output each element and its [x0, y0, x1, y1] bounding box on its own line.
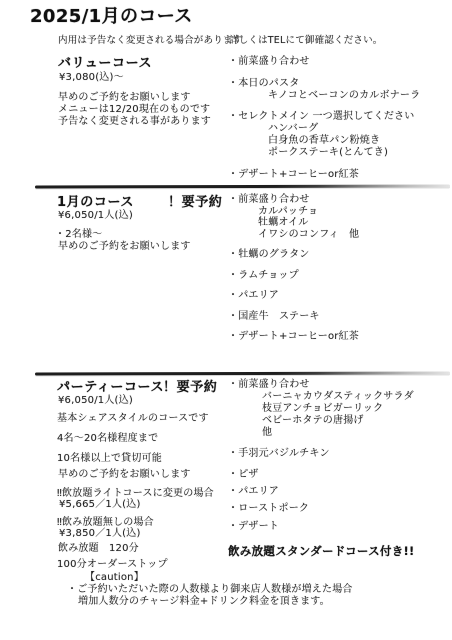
menu-item: ・パエリア: [228, 291, 279, 301]
value-course-note: メニューは12/20現在のものです: [58, 105, 210, 115]
menu-subitem: 牡蠣オイル: [258, 218, 309, 228]
january-course-price: ¥6,050/1人(込): [58, 211, 133, 221]
party-course-price: ¥6,050/1人(込): [58, 396, 133, 406]
drink-option-title: ‼飲放題ライトコースに変更の場合: [57, 489, 214, 499]
menu-item: ・デザート: [228, 522, 279, 532]
reservation-required-badge: ！要予約: [168, 196, 222, 209]
tel-notice-text: 詳しくはTELにて御確認ください。: [229, 36, 383, 46]
party-course-note: 早めのご予約をお願いします: [58, 470, 191, 480]
party-course-note: 4名〜20名様程度まで: [57, 434, 158, 444]
section-divider: [35, 184, 450, 188]
drink-option-title: ‼飲み放題無しの場合: [57, 518, 154, 528]
menu-item: ・手羽元バジルチキン: [228, 449, 330, 459]
drink-time-text: 飲み放題 120分: [58, 544, 139, 554]
january-course-note: ・2名様〜: [55, 230, 102, 240]
menu-item: ・デザート+コーヒーor紅茶: [228, 170, 359, 180]
menu-subitem: ポークステーキ(とんてき): [268, 148, 388, 158]
reservation-required-badge: ！要予約: [163, 381, 217, 394]
drink-option-price: ¥3,850／1人(込): [59, 529, 141, 539]
caution-title: 【caution】: [85, 573, 144, 583]
menu-subitem: ベビーホタテの唐揚げ: [262, 416, 364, 426]
page-title: 2025/1月のコース: [30, 8, 193, 26]
section-divider: [35, 371, 450, 375]
drink-option-price: ¥5,665／1人(込): [59, 500, 141, 510]
january-course-note: 早めのご予約をお願いします: [58, 242, 191, 252]
menu-subitem: キノコとベーコンのカルボナーラ: [268, 91, 420, 101]
menu-item: ・国産牛 ステーキ: [228, 312, 320, 322]
menu-item: ・セレクトメイン 一つ選択してください: [228, 112, 414, 122]
menu-item: ・デザート+コーヒーor紅茶: [228, 332, 359, 342]
january-course-title: 1月のコース: [57, 196, 134, 209]
drink-plan-included-text: 飲み放題スタンダードコース付き!!: [228, 546, 415, 558]
menu-item: ・ラムチョップ: [228, 271, 299, 281]
party-course-title: パーティーコース: [57, 381, 164, 394]
menu-item: ・本日のパスタ: [228, 79, 299, 89]
menu-item: ・パエリア: [228, 487, 279, 497]
menu-item: ・前菜盛り合わせ: [228, 380, 310, 390]
value-course-note: 予告なく変更される事があります: [58, 117, 211, 127]
order-stop-text: 100分オーダーストップ: [57, 560, 168, 570]
menu-item: ・前菜盛り合わせ: [228, 57, 310, 67]
party-course-note: 基本シェアスタイルのコースです: [57, 414, 209, 424]
value-course-price: ¥3,080(込)〜: [59, 73, 124, 83]
menu-item: ・牡蠣のグラタン: [228, 250, 310, 260]
party-course-note: 10名様以上で貸切可能: [57, 454, 162, 464]
caution-line: ・ご予約いただいた際の人数様より御来店人数様が増えた場合: [67, 585, 353, 595]
menu-subitem: 白身魚の香草パン粉焼き: [268, 136, 380, 146]
value-course-note: 早めのご予約をお願いします: [58, 93, 191, 103]
menu-item: ・ピザ: [228, 470, 259, 480]
menu-subitem: カルパッチョ: [258, 207, 318, 217]
change-notice-text: 内用は予告なく変更される場合があります: [58, 36, 242, 46]
value-course-title: バリューコース: [58, 57, 152, 70]
menu-subitem: バーニャカウダスティックサラダ: [262, 392, 414, 402]
menu-subitem: 他: [262, 428, 272, 438]
menu-subitem: ハンバーグ: [268, 124, 318, 134]
caution-line: 増加人数分のチャージ料金+ドリンク料金を頂きます。: [78, 597, 330, 607]
menu-item: ・前菜盛り合わせ: [228, 195, 310, 205]
menu-subitem: 枝豆アンチョビガーリック: [262, 404, 383, 414]
menu-item: ・ローストポーク: [228, 504, 309, 514]
menu-page: 2025/1月のコース 内用は予告なく変更される場合があります 詳しくはTELに…: [0, 0, 452, 640]
menu-subitem: イワシのコンフィ 他: [258, 230, 359, 240]
